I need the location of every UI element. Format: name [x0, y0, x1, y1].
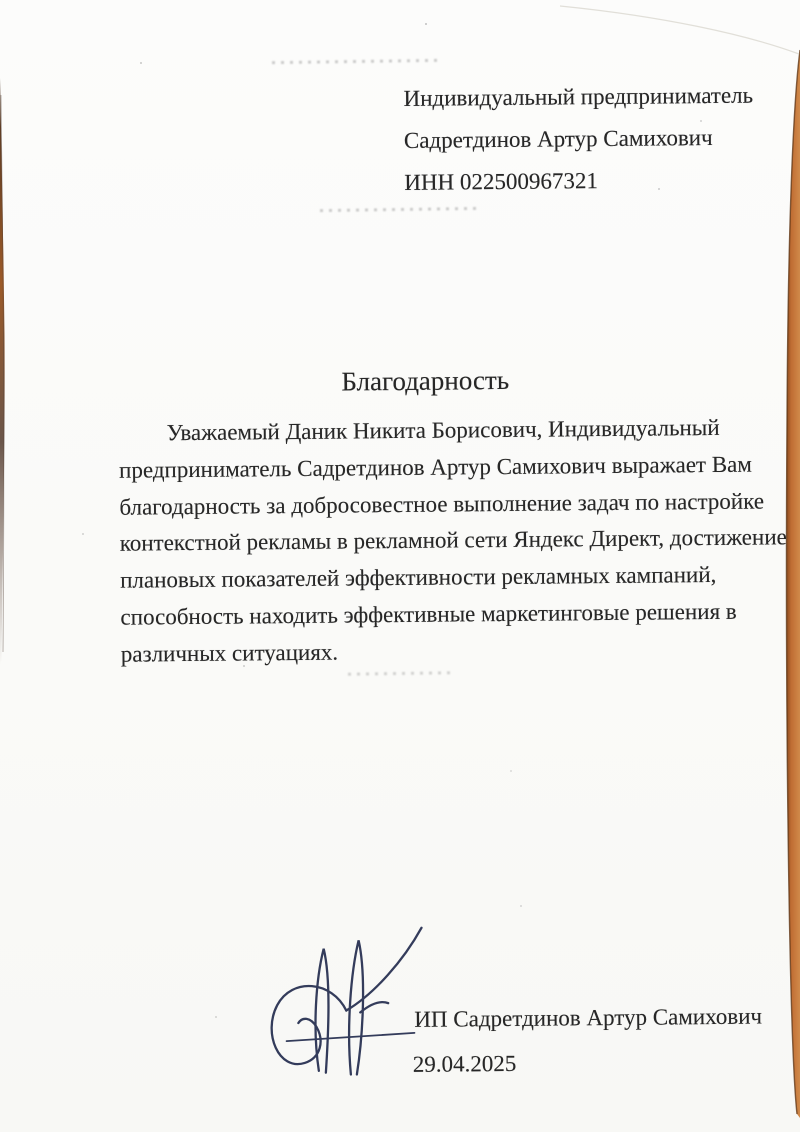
signature-flick-stroke [360, 1002, 388, 1012]
signature-spike-stroke [315, 949, 329, 1073]
body-paragraph: Уважаемый Даник Никита Борисович, Индиви… [119, 410, 746, 674]
signature-date: 29.04.2025 [413, 1051, 517, 1078]
signature-scribble-icon [251, 920, 438, 1087]
scan-noise-specks [0, 0, 2, 2]
body-line: способность находить эффективные маркети… [120, 594, 745, 637]
document-content: Индивидуальный предприниматель Садретдин… [0, 0, 800, 1132]
signature-sweep-stroke [345, 928, 422, 1011]
signature-underline [286, 1033, 414, 1041]
body-line: различных ситуациях. [121, 630, 746, 673]
sender-name-line: Садретдинов Артур Самихович [404, 117, 754, 162]
document-title: Благодарность [118, 363, 732, 400]
body-line: плановых показателей эффективности рекла… [120, 557, 745, 600]
signatory-name: ИП Садретдинов Артур Самихович [414, 1004, 762, 1033]
body-line: Уважаемый Даник Никита Борисович, Индиви… [119, 410, 744, 453]
sender-type-line: Индивидуальный предприниматель [403, 75, 753, 120]
body-line: контекстной рекламы в рекламной сети Янд… [120, 520, 745, 563]
scanned-letter-photo: Индивидуальный предприниматель Садретдин… [0, 0, 800, 1132]
body-line: предприниматель Садретдинов Артур Самихо… [119, 446, 744, 489]
sender-inn-line: ИНН 022500967321 [404, 159, 754, 204]
signature-loop-stroke [271, 986, 347, 1065]
body-line: благодарность за добросовестное выполнен… [119, 483, 744, 526]
signature-spike-stroke [348, 940, 364, 1074]
sender-header-block: Индивидуальный предприниматель Садретдин… [403, 75, 754, 204]
